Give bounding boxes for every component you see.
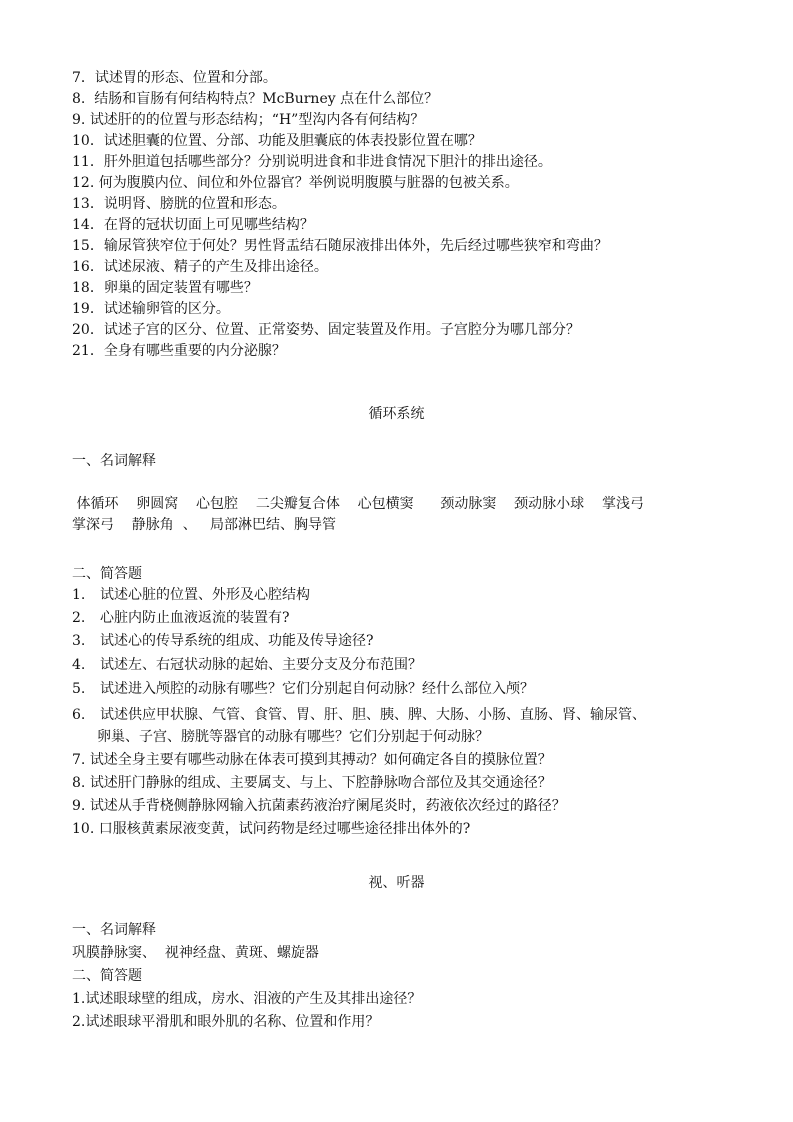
section-title-circulatory: 循环系统 (0, 404, 793, 424)
question-number: 13． (72, 196, 104, 212)
question-number: 10． (72, 133, 104, 149)
terms-heading: 一、名词解释 (72, 920, 156, 940)
question-text: 何为腹膜内位、间位和外位器官？举例说明腹膜与脏器的包被关系。 (99, 175, 519, 191)
question-text: 试述肝门静脉的组成、主要属支、与上、下腔静脉吻合部位及其交通途径？ (90, 775, 552, 791)
question-item: 3.试述心的传导系统的组成、功能及传导途径? (72, 631, 374, 651)
question-text: 试述进入颅腔的动脉有哪些？它们分别起自何动脉？经什么部位入颅？ (100, 681, 534, 697)
question-number: 7. (72, 752, 85, 768)
question-item: 14．在肾的冠状切面上可见哪些结构？ (72, 215, 314, 235)
question-item: 19．试述输卵管的区分。 (72, 299, 230, 319)
question-item: 8. 试述肝门静脉的组成、主要属支、与上、下腔静脉吻合部位及其交通途径？ (72, 773, 552, 793)
question-number: 4. (72, 655, 100, 675)
question-text: 试述尿液、精子的产生及排出途径。 (104, 259, 328, 275)
question-text: 试述供应甲状腺、气管、食管、胃、肝、胆、胰、脾、大肠、小肠、直肠、肾、输尿管、 (100, 707, 646, 723)
question-number: 8. (72, 91, 85, 107)
question-number: 16． (72, 259, 104, 275)
question-item: 12. 何为腹膜内位、间位和外位器官？举例说明腹膜与脏器的包被关系。 (72, 173, 519, 193)
question-text: 口服核黄素尿液变黄，试问药物是经过哪些途径排出体外的? (99, 821, 471, 837)
terms-list-line: 巩膜静脉窦、 视神经盘、黄斑、螺旋器 (72, 943, 319, 963)
question-item: 21．全身有哪些重要的内分泌腺？ (72, 341, 286, 361)
question-text: 卵巢、子宫、膀胱等器官的动脉有哪些？它们分别起于何动脉？ (97, 729, 489, 745)
question-number: 20． (72, 322, 104, 338)
question-number: 7． (72, 70, 95, 86)
terms-list-line-1: 体循环 卵圆窝 心包腔 二尖瓣复合体 心包横窦 颈动脉窦 颈动脉小球 掌浅弓 (72, 494, 644, 514)
question-text: 在肾的冠状切面上可见哪些结构？ (104, 217, 314, 233)
question-item: 9. 试述从手背桡侧静脉网输入抗菌素药液治疗阑尾炎时，药液依次经过的路径？ (72, 796, 566, 816)
question-text: 试述胃的形态、位置和分部。 (95, 70, 277, 86)
question-item: 7. 试述全身主要有哪些动脉在体表可摸到其搏动？如何确定各自的摸脉位置？ (72, 750, 552, 770)
question-item-continued: 卵巢、子宫、膀胱等器官的动脉有哪些？它们分别起于何动脉？ (97, 727, 489, 747)
question-text: 试述肝的的位置与形态结构；“H”型沟内各有何结构？ (90, 112, 425, 128)
question-number: 3. (72, 631, 100, 651)
qa-heading: 二、简答题 (72, 966, 142, 986)
document-page: 7．试述胃的形态、位置和分部。 8. 结肠和盲肠有何结构特点？McBurney … (0, 0, 793, 1122)
question-number: 18． (72, 280, 104, 296)
section-title-sensory: 视、听器 (0, 873, 793, 893)
question-number: 21． (72, 343, 104, 359)
question-number: 9. (72, 112, 85, 128)
question-text: 全身有哪些重要的内分泌腺？ (104, 343, 286, 359)
question-number: 14． (72, 217, 104, 233)
question-number: 9. (72, 798, 85, 814)
question-item: 7．试述胃的形态、位置和分部。 (72, 68, 277, 88)
question-item: 2.心脏内防止血液返流的装置有? (72, 608, 290, 628)
question-item: 1.试述眼球壁的组成，房水、泪液的产生及其排出途径？ (72, 989, 421, 1009)
question-text: 试述左、右冠状动脉的起始、主要分支及分布范围？ (100, 657, 422, 673)
question-item: 20．试述子宫的区分、位置、正常姿势、固定装置及作用。子宫腔分为哪几部分？ (72, 320, 580, 340)
question-text: 试述输卵管的区分。 (104, 301, 230, 317)
question-item: 8. 结肠和盲肠有何结构特点？McBurney 点在什么部位？ (72, 89, 438, 109)
question-number: 5. (72, 679, 100, 699)
question-item: 4.试述左、右冠状动脉的起始、主要分支及分布范围？ (72, 655, 422, 675)
question-number: 8. (72, 775, 85, 791)
question-item: 13．说明肾、膀胱的位置和形态。 (72, 194, 286, 214)
question-text: 试述心的传导系统的组成、功能及传导途径? (100, 633, 374, 649)
question-text: 试述眼球壁的组成，房水、泪液的产生及其排出途径？ (85, 991, 421, 1007)
question-number: 10. (72, 821, 94, 837)
question-text: 试述胆囊的位置、分部、功能及胆囊底的体表投影位置在哪？ (104, 133, 482, 149)
question-number: 1. (72, 991, 85, 1007)
question-item: 16．试述尿液、精子的产生及排出途径。 (72, 257, 328, 277)
question-item: 10. 口服核黄素尿液变黄，试问药物是经过哪些途径排出体外的? (72, 819, 470, 839)
question-item: 9. 试述肝的的位置与形态结构；“H”型沟内各有何结构？ (72, 110, 424, 130)
question-item: 6.试述供应甲状腺、气管、食管、胃、肝、胆、胰、脾、大肠、小肠、直肠、肾、输尿管… (72, 705, 646, 725)
question-text: 心脏内防止血液返流的装置有? (100, 610, 290, 626)
question-text: 试述从手背桡侧静脉网输入抗菌素药液治疗阑尾炎时，药液依次经过的路径？ (90, 798, 566, 814)
question-number: 12. (72, 175, 94, 191)
question-text: 试述心脏的位置、外形及心腔结构 (100, 587, 310, 603)
question-text: 肝外胆道包括哪些部分？分别说明进食和非进食情况下胆汁的排出途径。 (104, 154, 552, 170)
question-number: 2. (72, 1014, 85, 1030)
question-item: 5.试述进入颅腔的动脉有哪些？它们分别起自何动脉？经什么部位入颅？ (72, 679, 534, 699)
question-item: 10．试述胆囊的位置、分部、功能及胆囊底的体表投影位置在哪？ (72, 131, 482, 151)
terms-heading: 一、名词解释 (72, 451, 156, 471)
question-text: 说明肾、膀胱的位置和形态。 (104, 196, 286, 212)
terms-list-line-2: 掌深弓 静脉角 、 局部淋巴结、胸导管 (72, 515, 336, 535)
question-number: 15． (72, 238, 104, 254)
question-item: 1.试述心脏的位置、外形及心腔结构 (72, 585, 310, 605)
question-number: 2. (72, 608, 100, 628)
question-number: 11． (72, 154, 104, 170)
question-item: 18．卵巢的固定装置有哪些？ (72, 278, 258, 298)
question-number: 6. (72, 705, 100, 725)
question-text: 结肠和盲肠有何结构特点？McBurney 点在什么部位？ (85, 91, 438, 107)
question-number: 1. (72, 585, 100, 605)
question-text: 试述眼球平滑肌和眼外肌的名称、位置和作用？ (85, 1014, 379, 1030)
question-text: 卵巢的固定装置有哪些？ (104, 280, 258, 296)
question-text: 输尿管狭窄位于何处？男性肾盂结石随尿液排出体外，先后经过哪些狭窄和弯曲？ (104, 238, 608, 254)
question-item: 15．输尿管狭窄位于何处？男性肾盂结石随尿液排出体外，先后经过哪些狭窄和弯曲？ (72, 236, 608, 256)
question-item: 2.试述眼球平滑肌和眼外肌的名称、位置和作用？ (72, 1012, 379, 1032)
qa-heading: 二、简答题 (72, 564, 142, 584)
question-number: 19． (72, 301, 104, 317)
question-text: 试述子宫的区分、位置、正常姿势、固定装置及作用。子宫腔分为哪几部分？ (104, 322, 580, 338)
question-item: 11．肝外胆道包括哪些部分？分别说明进食和非进食情况下胆汁的排出途径。 (72, 152, 552, 172)
question-text: 试述全身主要有哪些动脉在体表可摸到其搏动？如何确定各自的摸脉位置？ (90, 752, 552, 768)
